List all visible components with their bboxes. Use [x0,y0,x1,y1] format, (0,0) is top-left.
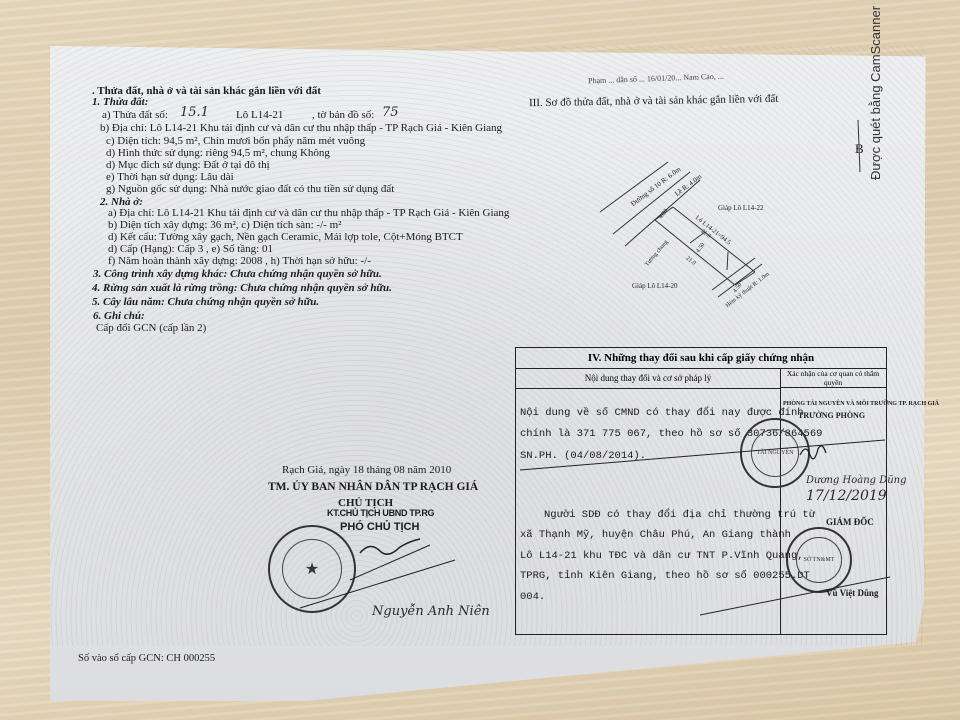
land-address: b) Địa chỉ: Lô L14-21 Khu tái định cư và… [100,122,502,135]
other-construction: 3. Công trình xây dựng khác: Chưa chứng … [93,268,382,281]
production-forest: 4. Rừng sản xuất là rừng trồng: Chưa chứ… [92,282,392,295]
issuing-org: TM. ỦY BAN NHÂN DÂN TP RẠCH GIÁ [268,481,478,494]
entry2-line1: Người SDĐ có thay đổi địa chỉ thường trú… [544,509,815,522]
issue-date: Rạch Giá, ngày 18 tháng 08 năm 2010 [282,464,451,477]
entry2-line4: TPRG, tỉnh Kiên Giang, theo hồ sơ số 000… [520,570,810,583]
column-confirmation-header: Xác nhận của cơ quan có thẩm quyền [780,368,886,388]
lot-number: Lô L14-21 [236,109,283,122]
usage-origin: g) Nguồn gốc sử dụng: Nhà nước giao đất … [106,183,394,196]
north-label: B [855,142,864,155]
entry1-line1: Nội dung về số CMND có thay đổi nay được… [520,407,804,420]
signer-name: Nguyễn Anh Niên [372,605,490,618]
entry2-confirm-title: GIÁM ĐỐC [826,516,874,529]
parcel-label: a) Thửa đất số: [102,109,168,122]
map-sheet-number: 75 [382,106,399,119]
entry2-line2: xã Thạnh Mỹ, huyện Châu Phú, An Giang th… [520,529,791,542]
entry1-confirm-title: TRƯỞNG PHÒNG [798,409,865,422]
entry2-line3: Lô L14-21 khu TĐC và dân cư TNT P.Vĩnh Q… [520,550,804,563]
entry1-line3: SN.PH. (04/08/2014). [520,450,646,463]
land-heading: 1. Thửa đất: [92,96,148,109]
city-seal: ★ [268,525,356,613]
perennial-trees: 5. Cây lâu năm: Chưa chứng nhận quyền sở… [92,296,319,309]
neighbor-bottom: Giáp Lô L14-20 [632,280,678,293]
neighbor-top: Giáp Lô L14-22 [718,202,764,215]
house-year: f) Năm hoàn thành xây dựng: 2008 , h) Th… [108,255,371,268]
director-seal: SỞ TN&MT [786,527,852,593]
vice-chairman-title: PHÓ CHỦ TỊCH [340,521,419,534]
notes-text: Cấp đổi GCN (cấp lần 2) [96,322,206,335]
changes-table-title: IV. Những thay đổi sau khi cấp giấy chứn… [516,348,886,369]
env-dept-seal: TÀI NGUYÊN [740,418,810,488]
parcel-number: 15.1 [180,106,209,119]
acting-stamp: KT.CHỦ TỊCH UBND TP.RG [327,507,434,520]
entry2-line5: 004. [520,591,545,604]
entry1-confirm-signer: Dương Hoàng Dũng [806,474,907,487]
entry2-confirm-signer: Vũ Việt Dũng [826,587,879,600]
column-content-header: Nội dung thay đổi và cơ sở pháp lý [516,368,781,389]
camscanner-watermark: Được quét bằng CamScanner [868,6,883,180]
map-sheet-label: , tờ bản đồ số: [312,109,374,122]
register-number: Số vào sổ cấp GCN: CH 000255 [78,652,215,665]
entry2-confirm-date: 17/12/2019 [806,490,887,503]
